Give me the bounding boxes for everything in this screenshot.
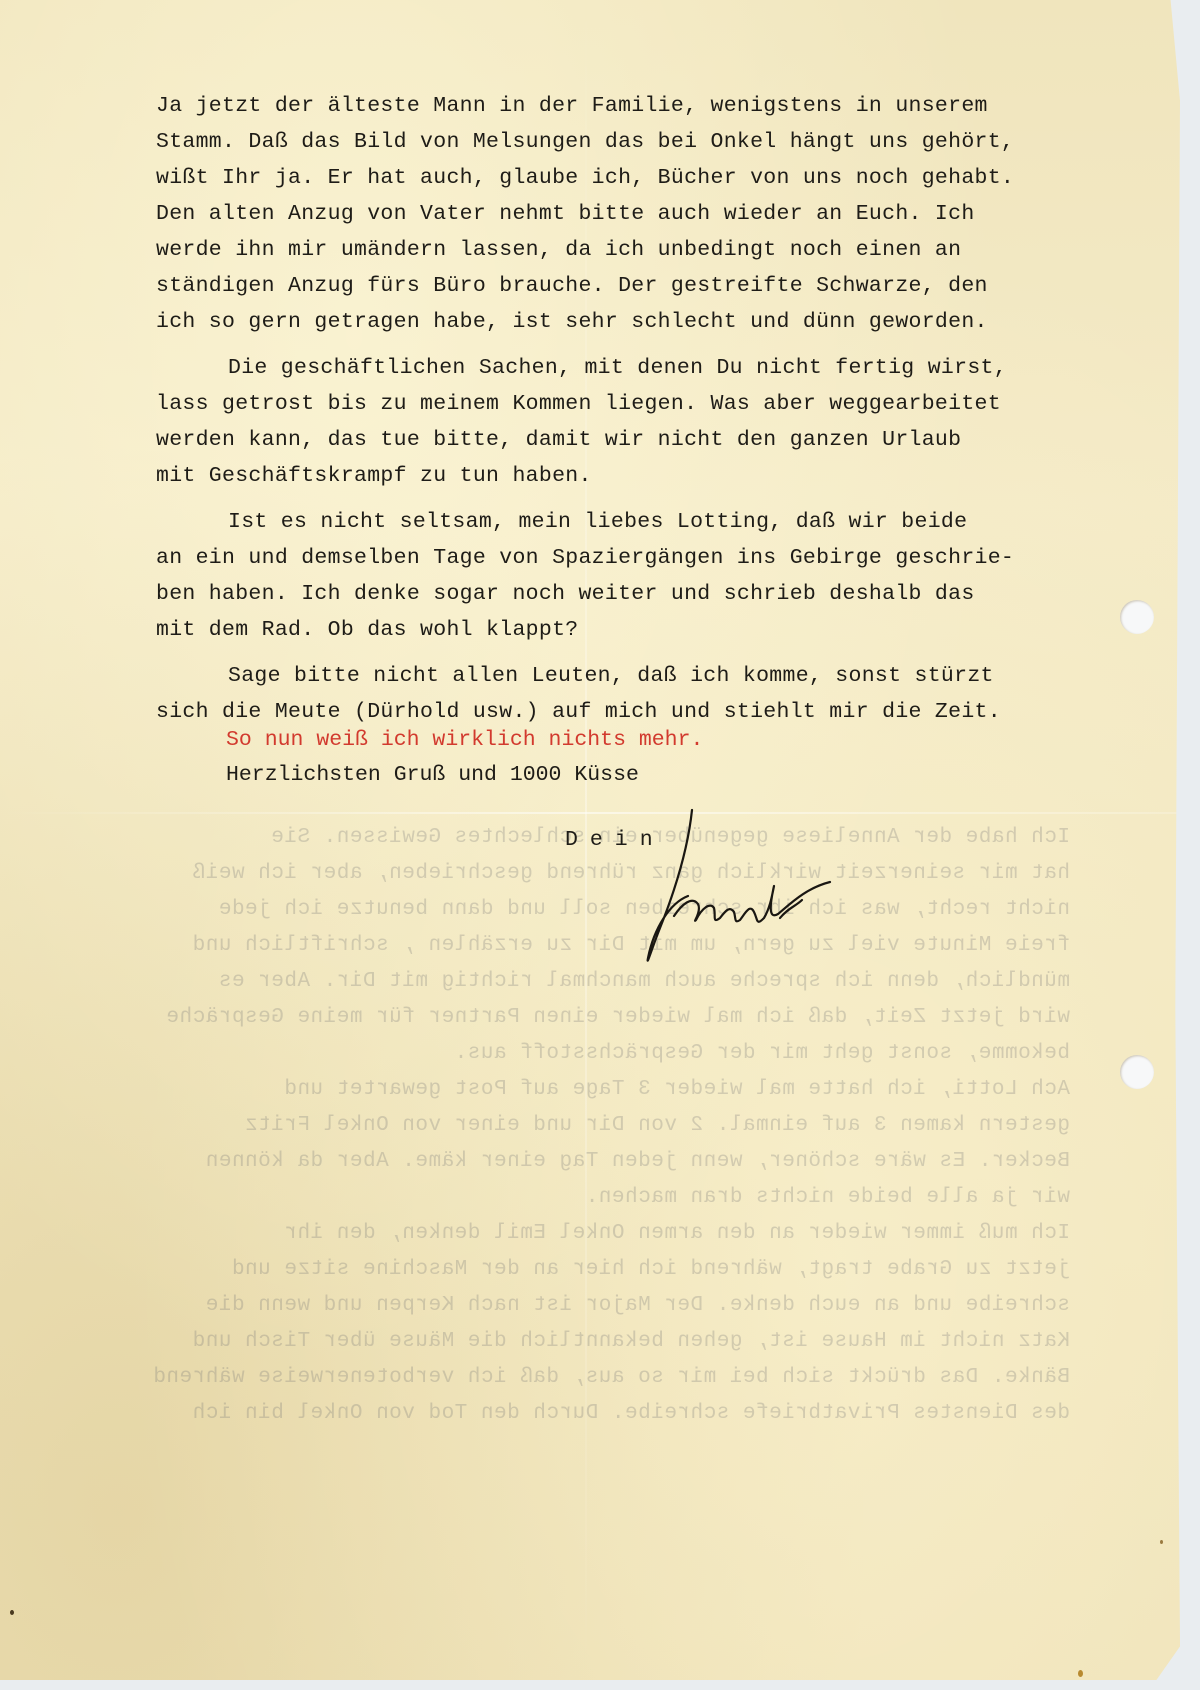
letter-body: Ja jetzt der älteste Mann in der Familie… [156,88,1116,730]
paper-stain [1078,1670,1083,1677]
letter-line: Den alten Anzug von Vater nehmt bitte au… [156,196,1116,232]
letter-line: Sage bitte nicht allen Leuten, daß ich k… [156,658,1116,694]
letter-line: sich die Meute (Dürhold usw.) auf mich u… [156,694,1116,730]
letter-line: mit Geschäftskrampf zu tun haben. [156,458,1116,494]
letter-paragraph: Die geschäftlichen Sachen, mit denen Du … [156,350,1116,494]
paper-speck [1160,1540,1163,1544]
letter-line: werde ihn mir umändern lassen, da ich un… [156,232,1116,268]
paper-fold-horizontal [0,812,1180,814]
letter-line: ben haben. Ich denke sogar noch weiter u… [156,576,1116,612]
paper-speck [10,1610,14,1615]
letter-paragraph: Sage bitte nicht allen Leuten, daß ich k… [156,658,1116,730]
closing-greeting: Herzlichsten Gruß und 1000 Küsse [226,763,639,787]
punch-hole-top [1120,600,1154,634]
letter-line: wißt Ihr ja. Er hat auch, glaube ich, Bü… [156,160,1116,196]
letter-line: Die geschäftlichen Sachen, mit denen Du … [156,350,1116,386]
letter-line: mit dem Rad. Ob das wohl klappt? [156,612,1116,648]
letter-line: werden kann, das tue bitte, damit wir ni… [156,422,1116,458]
letter-line: ständigen Anzug fürs Büro brauche. Der g… [156,268,1116,304]
bleed-through-text: Ich habe der Anneliese gegenüber ein sch… [60,820,1070,1432]
letter-line: Stamm. Daß das Bild von Melsungen das be… [156,124,1116,160]
letter-paragraph: Ja jetzt der älteste Mann in der Familie… [156,88,1116,340]
letter-page: Ich habe der Anneliese gegenüber ein sch… [0,0,1180,1680]
closing-red-line: So nun weiß ich wirklich nichts mehr. [226,728,703,752]
letter-line: Ja jetzt der älteste Mann in der Familie… [156,88,1116,124]
letter-paragraph: Ist es nicht seltsam, mein liebes Lottin… [156,504,1116,648]
letter-line: an ein und demselben Tage von Spaziergän… [156,540,1116,576]
letter-line: lass getrost bis zu meinem Kommen liegen… [156,386,1116,422]
letter-line: Ist es nicht seltsam, mein liebes Lottin… [156,504,1116,540]
letter-line: ich so gern getragen habe, ist sehr schl… [156,304,1116,340]
handwritten-signature [630,808,850,978]
punch-hole-bottom [1120,1055,1154,1089]
